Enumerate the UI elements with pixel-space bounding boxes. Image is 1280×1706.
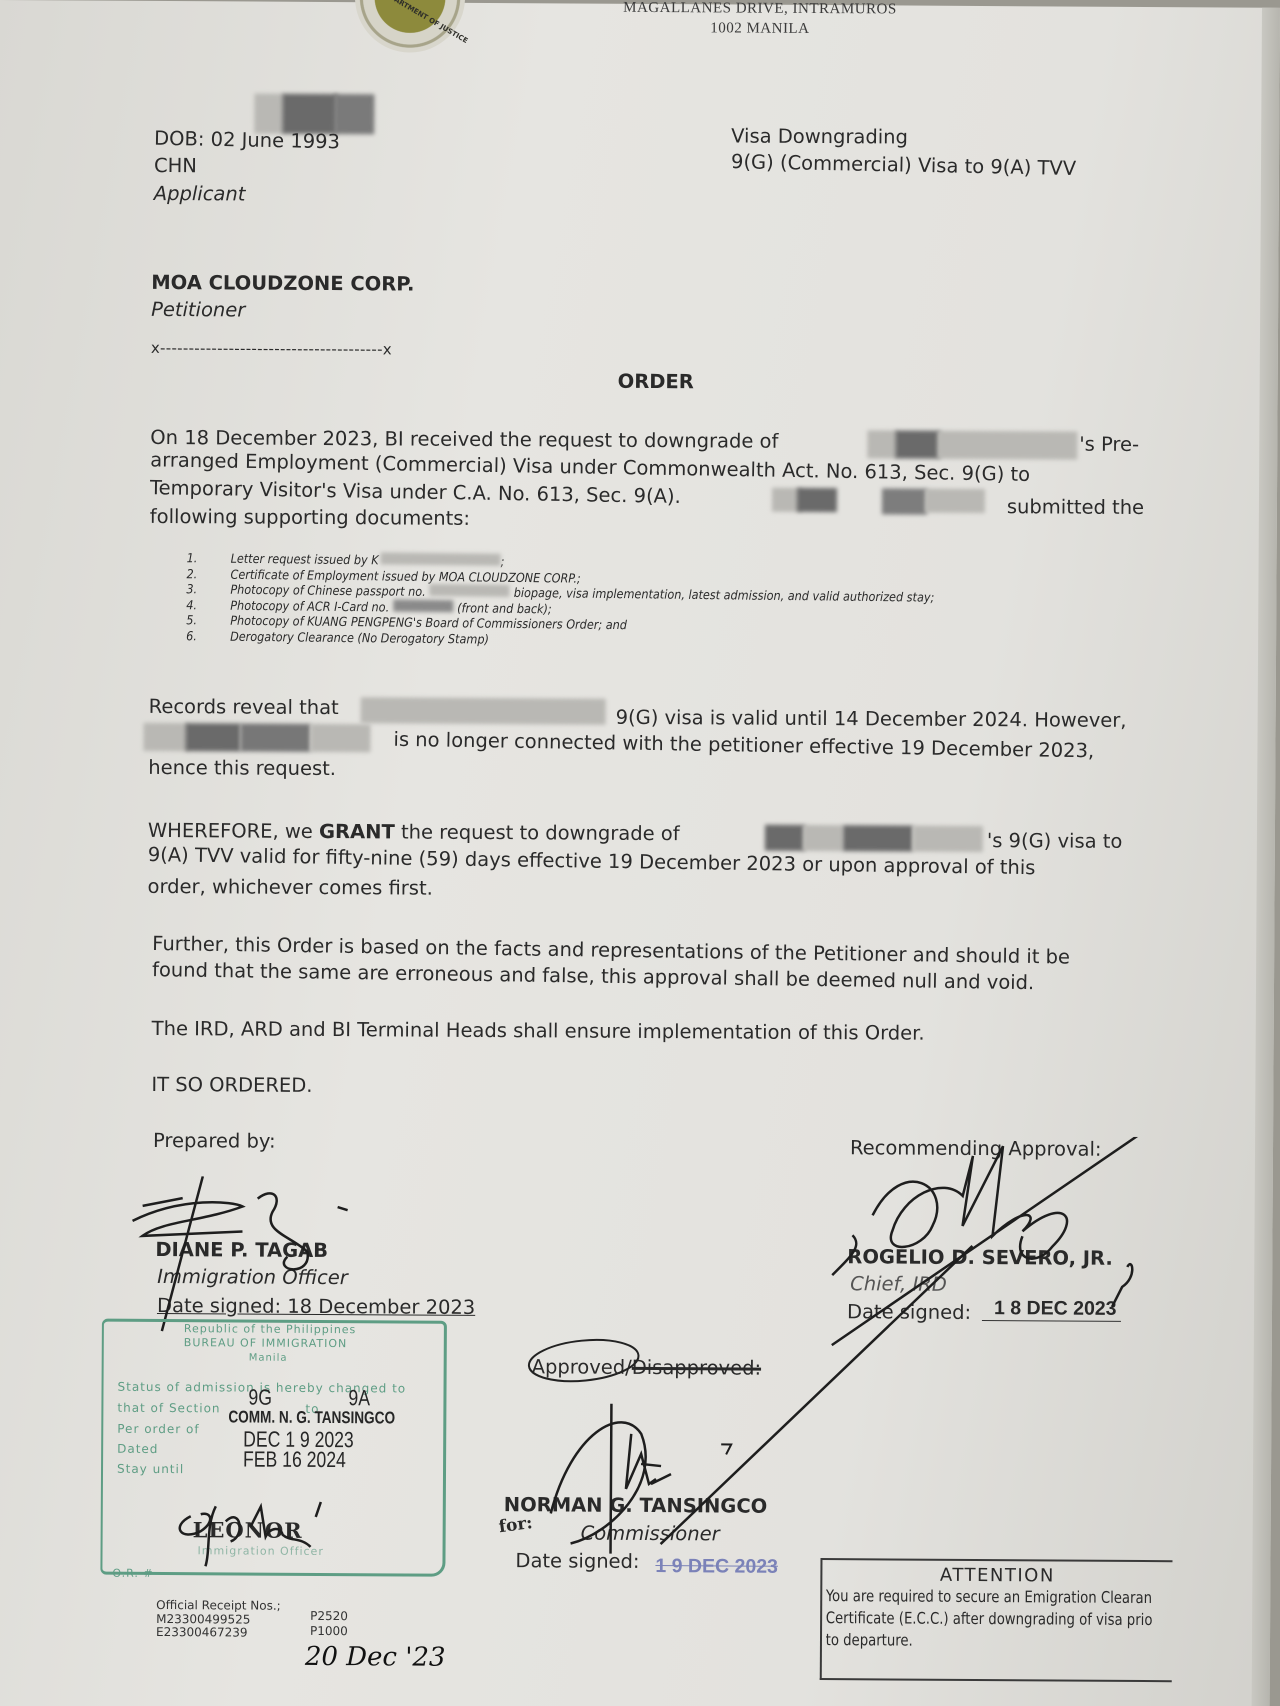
prepared-date: Date signed: 18 December 2023 [157,1294,475,1320]
wherefore-line-3: order, whichever comes first. [148,875,433,901]
address-line-2: 1002 MANILA [600,18,920,40]
commissioner-date-label: Date signed: [515,1549,639,1574]
order-title: ORDER [618,370,694,394]
redaction [895,430,940,458]
applicant-nationality: CHN [154,154,197,178]
page-edge [1252,8,1280,1706]
commissioner-title: Commissioner [581,1522,720,1547]
records-line-3: hence this request. [148,756,336,781]
commissioner-name: NORMAN G. TANSINGCO [504,1493,768,1519]
redaction [254,94,284,134]
redaction [185,723,240,751]
applicant-role: Applicant [154,182,246,207]
redaction [240,723,310,751]
stamp-officer-title: Immigration Officer [197,1544,323,1558]
receipt-amount: P2520 [310,1609,348,1623]
petitioner-role: Petitioner [151,298,245,323]
petitioner-name: MOA CLOUDZONE CORP. [151,271,414,297]
supporting-documents-list: 1. Letter request issued by K ; 2. Certi… [186,550,934,651]
redaction [361,697,606,724]
stamp-section-label: that of Section [117,1401,220,1416]
redaction [282,94,337,134]
intro-line-1-end: 's Pre- [1079,433,1139,457]
stamp-line-1: Republic of the Philippines [184,1322,357,1336]
recommending-date-label: Date signed: [847,1300,971,1325]
recommending-label: Recommending Approval: [850,1136,1102,1162]
commissioner-for: for: [497,1511,534,1539]
attention-body: You are required to secure an Emigration… [822,1585,1176,1653]
stamp-stay-until-label: Stay until [117,1462,184,1476]
approval-choice: Approved/Disapproved: [532,1355,762,1380]
recommending-title: Chief, IRD [850,1272,947,1297]
redaction [882,488,927,514]
receipts-label: Official Receipt Nos.; [156,1598,281,1613]
wherefore-line-1-end: 's 9(G) visa to [987,829,1123,854]
attention-title: ATTENTION [822,1564,1172,1587]
intro-line-3: Temporary Visitor's Visa under C.A. No. … [150,476,681,509]
redaction [925,489,985,513]
wherefore-line-1: WHEREFORE, we GRANT the request to downg… [148,819,680,846]
receipt-number: E23300467239 [156,1625,248,1640]
stamp-per-order-value: COMM. N. G. TANSINGCO [228,1407,395,1428]
records-line-2: is no longer connected with the petition… [393,728,1094,764]
redaction [797,488,837,512]
intro-line-3-end: submitted the [1007,495,1144,520]
redaction [867,430,897,458]
redaction [765,825,805,851]
redaction [143,723,188,751]
prepared-title: Immigration Officer [157,1265,348,1290]
redaction [843,825,913,851]
redaction [381,552,501,565]
letterhead-address: MAGALLANES DRIVE, INTRAMUROS 1002 MANILA [600,0,920,40]
stamp-officer-name: LEONOR [193,1517,303,1543]
address-line-1: MAGALLANES DRIVE, INTRAMUROS [600,0,920,20]
redaction [803,825,843,851]
prepared-by-label: Prepared by: [153,1129,276,1154]
redaction [430,584,510,597]
handwritten-date: 20 Dec '23 [305,1642,446,1673]
redaction [913,826,983,852]
document-page: DEPARTMENT OF JUSTICE MAGALLANES DRIVE, … [0,0,1280,1706]
receipt-amount: P1000 [310,1624,348,1638]
stamp-line-2: BUREAU OF IMMIGRATION [184,1336,348,1350]
intro-line-4: following supporting documents: [150,505,470,531]
disapproved-option: Disapproved: [632,1356,761,1380]
caption-separator: x---------------------------------------… [151,336,392,361]
stamp-line-3: Manila [249,1353,288,1364]
subject-line-1: Visa Downgrading [731,124,908,149]
applicant-dob: DOB: 02 June 1993 [154,127,340,155]
redaction [393,599,453,612]
redaction [310,724,370,752]
subject-line-2: 9(G) (Commercial) Visa to 9(A) TVV [731,150,1077,181]
stamp-per-order-label: Per order of [117,1422,199,1437]
prepared-name: DIANE P. TAGAB [155,1238,328,1263]
implementation-text: The IRD, ARD and BI Terminal Heads shall… [152,1017,925,1046]
attention-box: ATTENTION You are required to secure an … [820,1558,1173,1682]
recommending-name: ROGELIO D. SEVERO, JR. [847,1245,1113,1271]
stamp-stay-until-value: FEB 16 2024 [243,1447,346,1474]
bureau-stamp: Republic of the Philippines BUREAU OF IM… [100,1319,447,1577]
recommending-date: 1 8 DEC 2023 [982,1296,1121,1322]
stamp-dated-label: Dated [117,1442,158,1456]
redaction [334,94,374,134]
commissioner-date: 1 9 DEC 2023 [655,1554,778,1579]
approved-option: Approved/ [532,1355,632,1379]
grant-text: GRANT [319,820,395,843]
redaction [937,431,1077,460]
stamp-or-label: O.R. # [112,1567,153,1580]
records-line-1-start: Records reveal that [149,695,339,720]
so-ordered-text: IT SO ORDERED. [151,1073,312,1098]
records-line-1-end: 9(G) visa is valid until 14 December 202… [616,706,1127,733]
